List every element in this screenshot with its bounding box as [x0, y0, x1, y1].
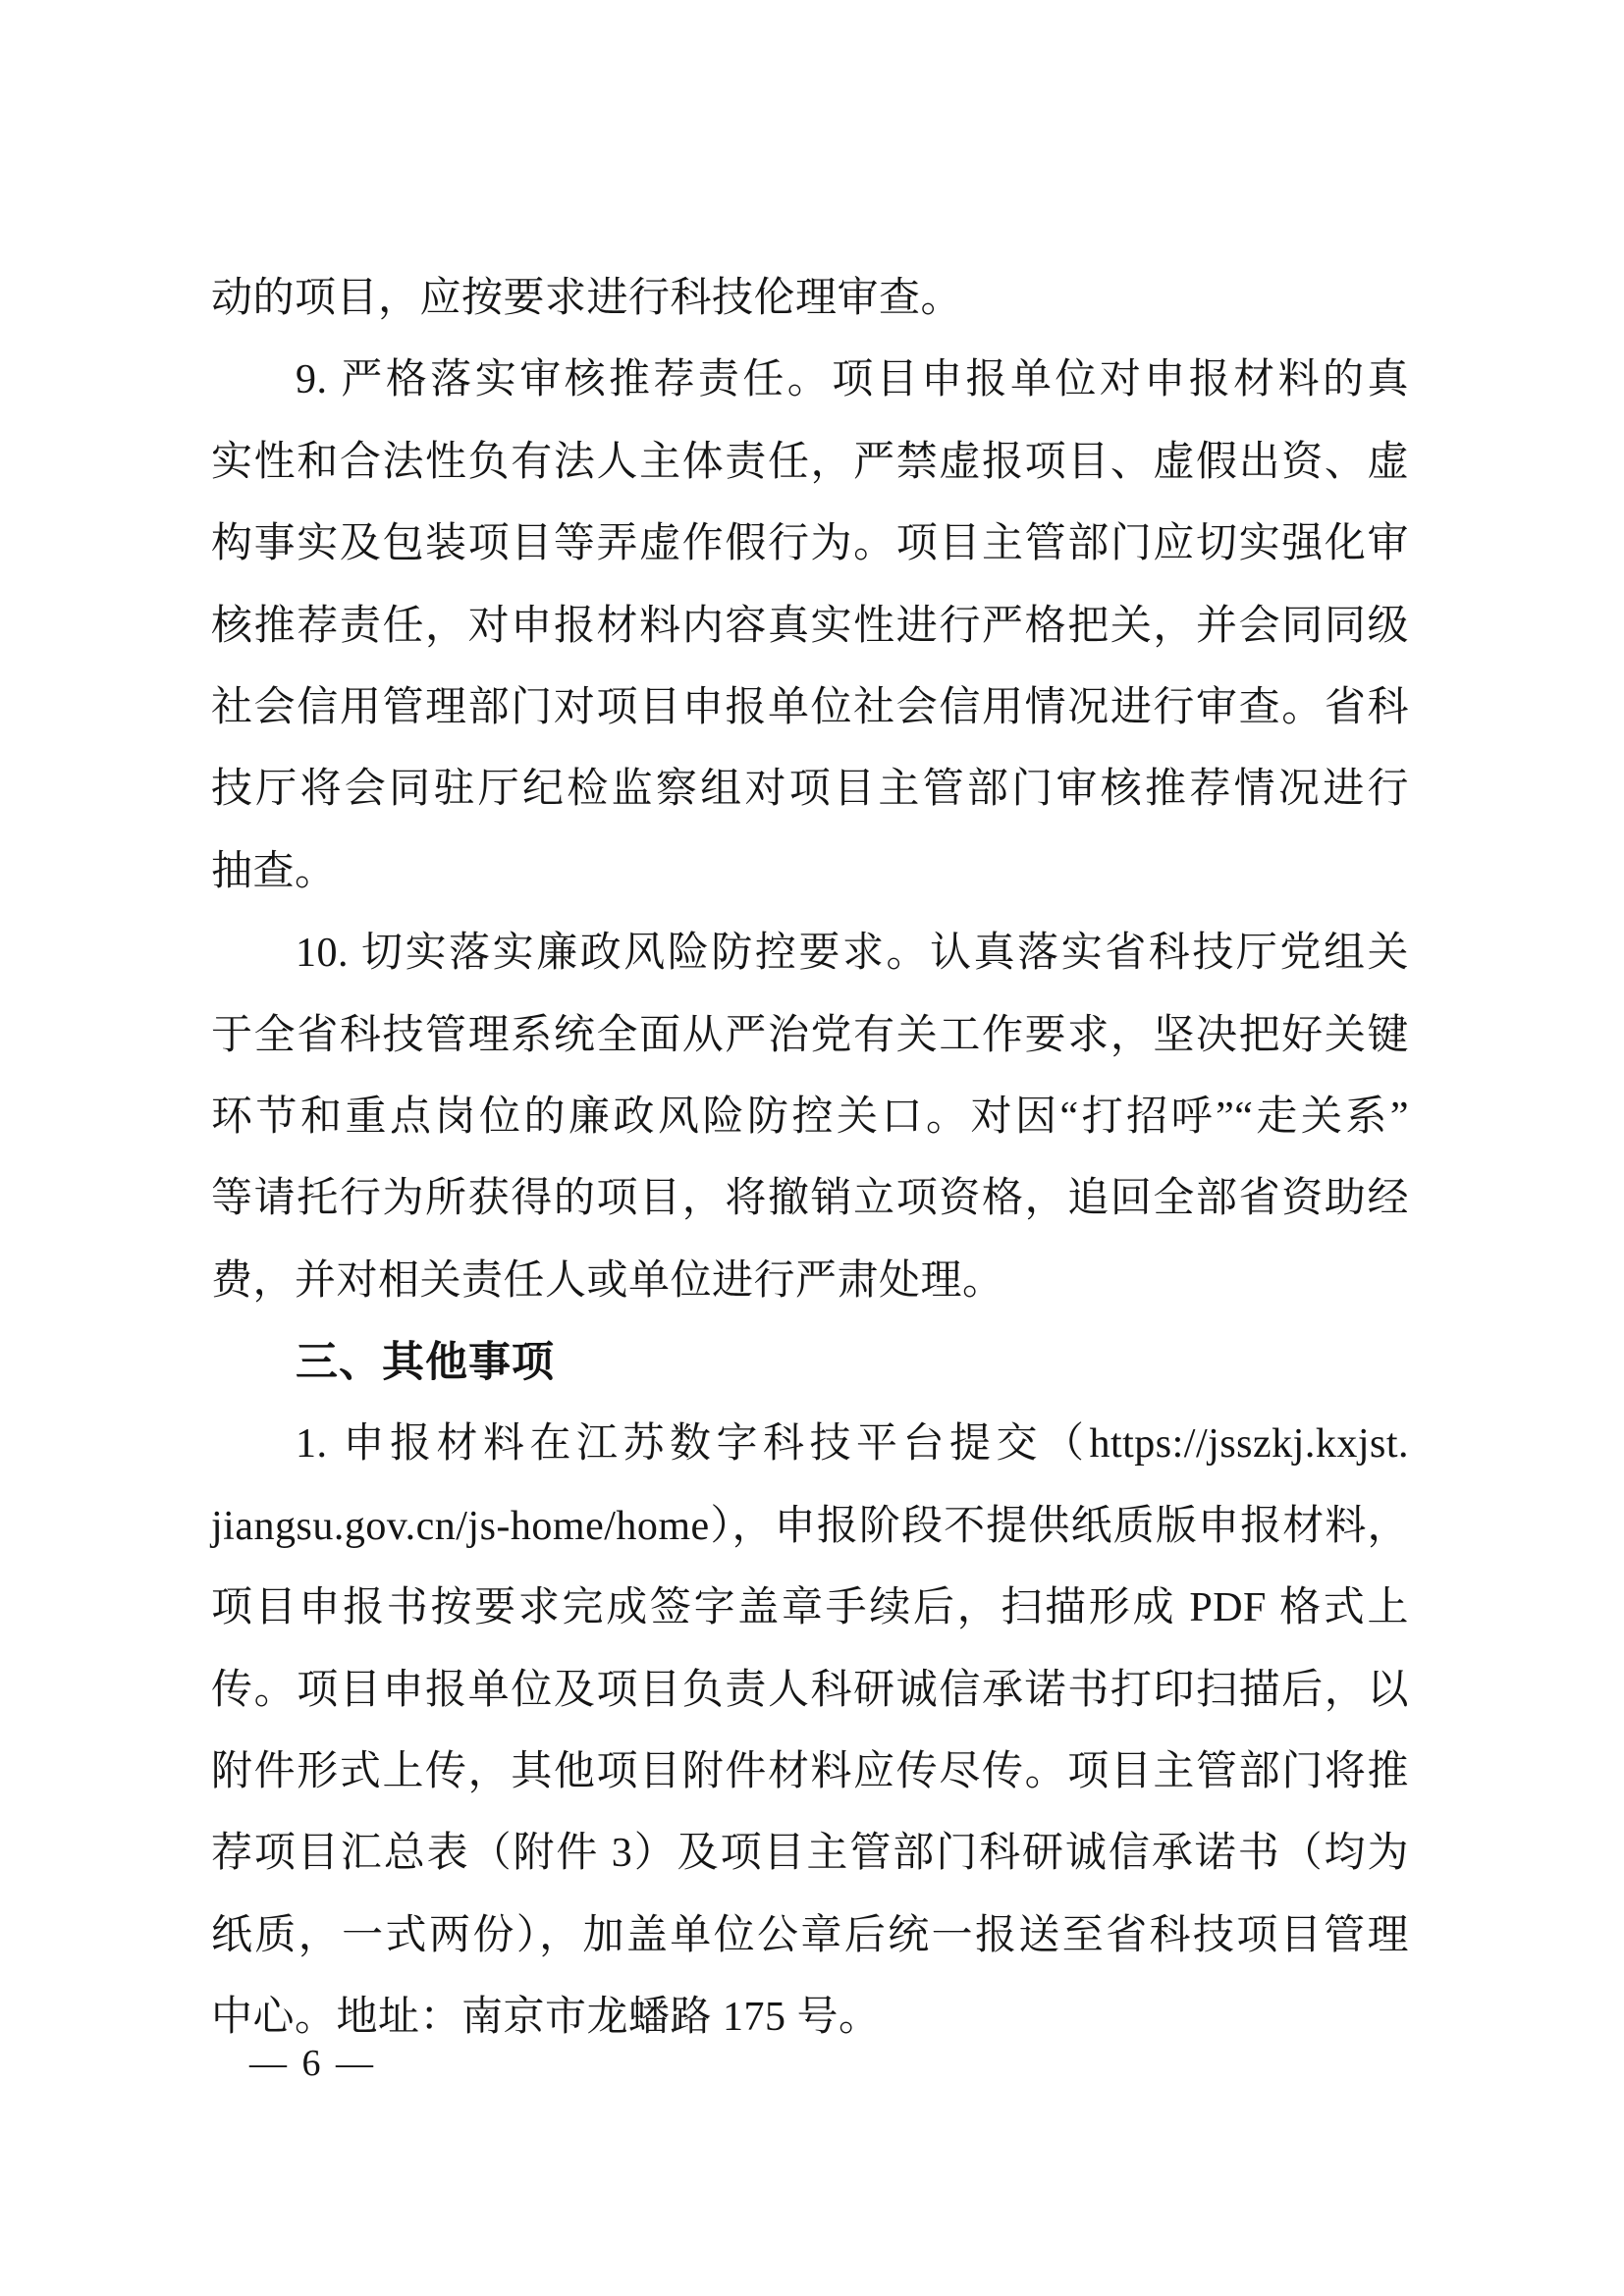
body-line: 9. 严格落实审核推荐责任。项目申报单位对申报材料的真	[211, 340, 1409, 421]
body-line: 项目申报书按要求完成签字盖章手续后，扫描形成 PDF 格式上	[211, 1568, 1409, 1649]
section-heading: 三、其他事项	[211, 1322, 1409, 1404]
body-line: 构事实及包装项目等弄虚作假行为。项目主管部门应切实强化审	[211, 504, 1409, 585]
body-line: 纸质，一式两份），加盖单位公章后统一报送至省科技项目管理	[211, 1896, 1409, 1977]
body-line: 实性和合法性负有法人主体责任，严禁虚报项目、虚假出资、虚	[211, 422, 1409, 504]
document-body: 动的项目，应按要求进行科技伦理审查。 9. 严格落实审核推荐责任。项目申报单位对…	[211, 258, 1409, 2059]
body-line: 10. 切实落实廉政风险防控要求。认真落实省科技厅党组关	[211, 913, 1409, 994]
body-line: 等请托行为所获得的项目，将撤销立项资格，追回全部省资助经	[211, 1158, 1409, 1240]
body-line: 附件形式上传，其他项目附件材料应传尽传。项目主管部门将推	[211, 1732, 1409, 1813]
body-line-with-url: 1. 申报材料在江苏数字科技平台提交（https://jsszkj.kxjst.	[211, 1404, 1409, 1485]
body-line: 中心。地址：南京市龙蟠路 175 号。	[211, 1977, 1409, 2058]
body-line: 传。项目申报单位及项目负责人科研诚信承诺书打印扫描后，以	[211, 1650, 1409, 1732]
body-line: 技厅将会同驻厅纪检监察组对项目主管部门审核推荐情况进行	[211, 749, 1409, 830]
body-line: 社会信用管理部门对项目申报单位社会信用情况进行审查。省科	[211, 667, 1409, 749]
body-line: 环节和重点岗位的廉政风险防控关口。对因“打招呼”“走关系”	[211, 1077, 1409, 1158]
body-line-with-url: jiangsu.gov.cn/js-home/home），申报阶段不提供纸质版申…	[211, 1486, 1409, 1568]
body-line: 抽查。	[211, 831, 1409, 913]
body-line: 荐项目汇总表（附件 3）及项目主管部门科研诚信承诺书（均为	[211, 1813, 1409, 1895]
body-line: 动的项目，应按要求进行科技伦理审查。	[211, 258, 1409, 340]
body-line: 于全省科技管理系统全面从严治党有关工作要求，坚决把好关键	[211, 995, 1409, 1077]
page-number: — 6 —	[249, 2042, 376, 2085]
body-line: 费，并对相关责任人或单位进行严肃处理。	[211, 1241, 1409, 1322]
body-line: 核推荐责任，对申报材料内容真实性进行严格把关，并会同同级	[211, 586, 1409, 667]
document-page: 动的项目，应按要求进行科技伦理审查。 9. 严格落实审核推荐责任。项目申报单位对…	[0, 0, 1624, 2296]
